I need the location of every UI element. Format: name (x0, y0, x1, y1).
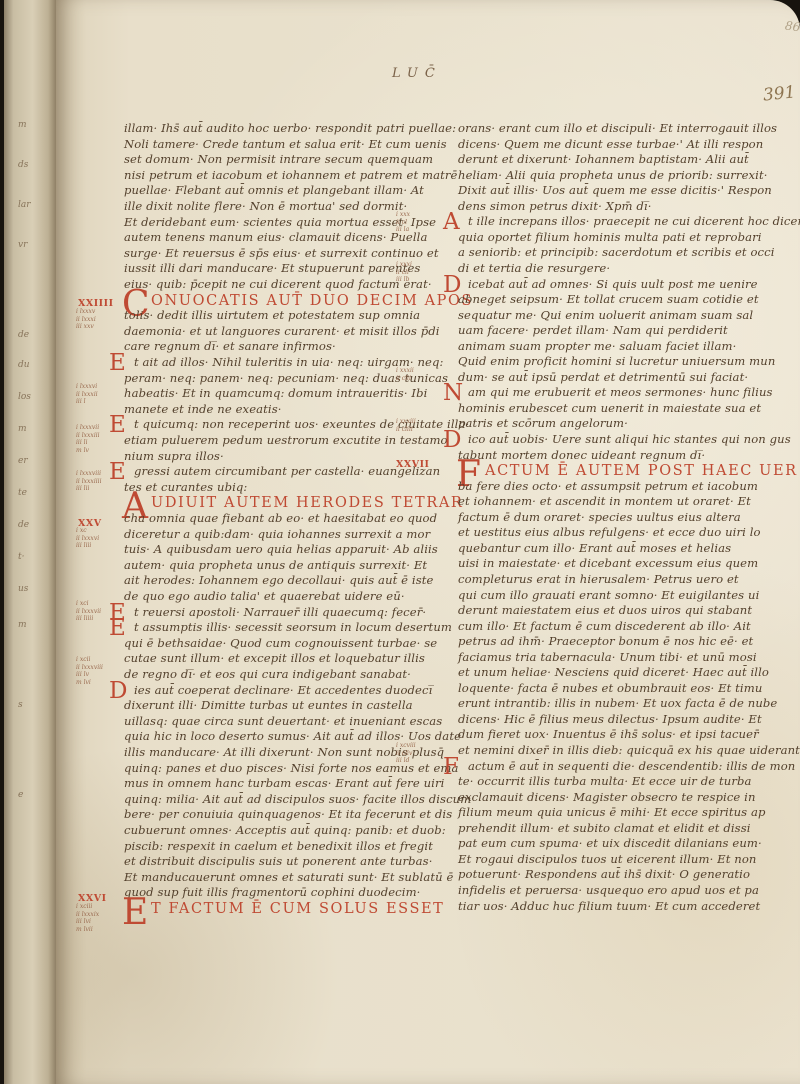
edge-text-fragment: vr (18, 240, 27, 250)
chapter-number: XXVII (396, 459, 430, 470)
rubric-line: ET FACTUM Ē CUM SOLUS ESSET (124, 901, 458, 916)
canon-gloss: i lxxxvi ii lxxxii iii l (76, 383, 122, 406)
canon-gloss: i xcii ii lxxxviii iii lv m lvi (76, 656, 122, 686)
edge-text-fragment: de (18, 520, 29, 530)
text-line: manete et inde ne exeatis· (124, 402, 458, 417)
facing-page-edge: mdslarvrdedulosmertedet·usmse (4, 0, 57, 1084)
manuscript-photo: mdslarvrdedulosmertedet·usmse LUC̄ 861 3… (0, 0, 800, 1084)
canon-gloss: i xci ii lxxxvii iii liiii (76, 600, 122, 623)
text-line: Et manducauerunt omnes et saturati sunt·… (124, 870, 458, 885)
text-line: et nemini dixer̄ in illis dieb: quicquā … (458, 743, 800, 758)
illuminated-initial: F (443, 756, 459, 779)
text-line: nisi petrum et iacobum et iohannem et pa… (124, 168, 458, 183)
text-line: infidelis et peruersa· usquequo ero apud… (458, 883, 800, 898)
text-line: dicens· Hic ē filius meus dilectus· Ipsu… (458, 712, 800, 727)
edge-text-fragment: m (18, 120, 27, 130)
canon-gloss: i xciii ii lxxxix iii lvi m lvii (76, 903, 122, 933)
text-line: daemonia· et ut languores curarent· et m… (124, 324, 458, 339)
text-line: ait herodes: Iohannem ego decollaui· qui… (124, 573, 458, 588)
text-line: et iohannem· et ascendit in montem ut or… (458, 494, 800, 509)
text-line: hominis erubescet cum uenerit in maiesta… (458, 401, 800, 416)
edge-text-fragment: ds (18, 160, 28, 170)
text-line: qui cum illo grauati erant somno· Et eui… (458, 588, 800, 603)
text-column-left: illam· Ihs̄ aut̄ audito hoc uerbo· respo… (124, 121, 458, 931)
text-line: Dico aut̄ uobis· Uere sunt aliqui hic st… (458, 432, 800, 447)
text-line: Et assumptis illis· secessit seorsum in … (124, 620, 458, 635)
text-line: de quo ego audio talia' et quaerebat uid… (124, 589, 458, 604)
text-line: a seniorib: et principib: sacerdotum et … (458, 245, 800, 260)
folio-number-ink: 391 (762, 82, 796, 105)
text-line: dicens· Quem me dicunt esse turbae·' At … (458, 137, 800, 152)
text-line: et distribuit discipulis suis ut poneren… (124, 854, 458, 869)
text-line: quia oportet filium hominis multa pati e… (458, 230, 800, 245)
text-line: factum ē dum oraret· species uultus eius… (458, 510, 800, 525)
text-line: potuerunt· Respondens aut̄ ihs̄ dixit· O… (458, 867, 800, 882)
text-line: heliam· Alii quia propheta unus de prior… (458, 168, 800, 183)
text-line: quod sup fuit illis fragmentorū cophini … (124, 885, 458, 900)
canon-gloss: i xxxii ii clii (396, 367, 442, 382)
text-line: At ille increpans illos· praecepit ne cu… (458, 214, 800, 229)
edge-text-fragment: s (18, 700, 23, 710)
text-line: illam· Ihs̄ aut̄ audito hoc uerbo· respo… (124, 121, 458, 136)
text-line: ba fere dies octo· et assumpsit petrum e… (458, 479, 800, 494)
edge-text-fragment: er (18, 456, 28, 466)
canon-gloss: i xc ii lxxxvi iii liii (76, 527, 122, 550)
text-line: derunt et dixerunt· Iohannem baptistam· … (458, 152, 800, 167)
text-column-right: orans· erant cum illo et discipuli· Et i… (458, 121, 800, 931)
text-line: bere· per conuiuia quinquagenos· Et ita … (124, 807, 458, 822)
text-line: qui ē bethsaidae· Quod cum cognouissent … (124, 636, 458, 651)
text-line: te· occurrit illis turba multa· Et ecce … (458, 774, 800, 789)
text-line: set domum· Non permisit intrare secum qu… (124, 152, 458, 167)
text-line: abneget seipsum· Et tollat crucem suam c… (458, 292, 800, 307)
canon-gloss: i lxxxvii ii lxxxiii iii li m lv (76, 424, 122, 454)
edge-text-fragment: de (18, 330, 29, 340)
text-line: Noli tamere· Crede tantum et salua erit·… (124, 137, 458, 152)
text-line: uillasq: quae circa sunt deuertant· et i… (124, 714, 458, 729)
text-line: prehendit illum· et subito clamat et eli… (458, 821, 800, 836)
text-line: habeatis· Et in quamcumq: domum intrauer… (124, 386, 458, 401)
text-line: Quid enim proficit homini si lucretur un… (458, 354, 800, 369)
text-line: pat eum cum spuma· et uix discedit dilan… (458, 836, 800, 851)
edge-text-fragment: du (18, 360, 30, 370)
text-line: tabunt mortem donec uideant regnum di̅· (458, 448, 800, 463)
canon-gloss: i xxx ii cl iii la (396, 211, 442, 234)
rubric-line: CONUOCATIS AUT̄ DUO DECIM APOS (124, 293, 458, 308)
text-line: Dixit aut̄ illis· Uos aut̄ quem me esse … (458, 183, 800, 198)
text-line: sequatur me· Qui enim uoluerit animam su… (458, 308, 800, 323)
text-line: filium meum quia unicus ē mihi· Et ecce … (458, 805, 800, 820)
edge-text-fragment: m (18, 424, 27, 434)
text-line: completurus erat in hierusalem· Petrus u… (458, 572, 800, 587)
text-line: cubuerunt omnes· Acceptis aut̄ quinq: pa… (124, 823, 458, 838)
edge-text-fragment: los (18, 392, 31, 402)
edge-text-fragment: lar (18, 200, 31, 210)
text-line: petrus ad ihm̄· Praeceptor bonum ē nos h… (458, 634, 800, 649)
text-line: Nam qui me erubuerit et meos sermones· h… (458, 385, 800, 400)
text-line: puellae· Flebant aut̄ omnis et plangeban… (124, 183, 458, 198)
text-line: cum illo· Et factum ē cum discederent ab… (458, 619, 800, 634)
text-line: autem· quia propheta unus de antiquis su… (124, 558, 458, 573)
text-line: quebantur cum illo· Erant aut̄ moses et … (458, 541, 800, 556)
text-line: Dicebat aut̄ ad omnes· Si quis uult post… (458, 277, 800, 292)
text-line: loquente· facta ē nubes et obumbrauit eo… (458, 681, 800, 696)
text-line: Factum ē aut̄ in sequenti die· descenden… (458, 759, 800, 774)
text-line: orans· erant cum illo et discipuli· Et i… (458, 121, 800, 136)
text-line: animam suam propter me· saluam faciet il… (458, 339, 800, 354)
text-line: dum fieret uox· Inuentus ē ihs̄ solus· e… (458, 727, 800, 742)
text-line: uam facere· perdet illam· Nam qui perdid… (458, 323, 800, 338)
text-line: etiam puluerem pedum uestrorum excutite … (124, 433, 458, 448)
text-line: cha omnia quae fiebant ab eo· et haesita… (124, 511, 458, 526)
edge-text-fragment: us (18, 584, 28, 594)
text-line: quinq: milia· Ait aut̄ ad discipulos suo… (124, 792, 458, 807)
illuminated-initial: E (122, 895, 150, 931)
edge-text-fragment: m (18, 620, 27, 630)
text-line: tuis· A quibusdam uero quia helias appar… (124, 542, 458, 557)
text-line: diceretur a quib:dam· quia iohannes surr… (124, 527, 458, 542)
text-line: faciamus tria tabernacula· Unum tibi· et… (458, 650, 800, 665)
text-line: de regno di̅· et eos qui cura indigebant… (124, 667, 458, 682)
text-line: di et tertia die resurgere· (458, 261, 800, 276)
text-line: et uestitus eius albus refulgens· et ecc… (458, 525, 800, 540)
text-line: cutae sunt illum· et excepit illos et lo… (124, 651, 458, 666)
running-title: LUC̄ (392, 66, 442, 81)
canon-gloss: i xcviii ii cliv iii ld (396, 742, 442, 765)
text-line: care regnum di̅· et sanare infirmos· (124, 339, 458, 354)
edge-text-fragment: te (18, 488, 27, 498)
parchment-page: LUC̄ 861 391 illam· Ihs̄ aut̄ audito hoc… (56, 0, 800, 1084)
rubric-line: FACTUM Ē AUTEM POST HAEC UER (458, 463, 800, 478)
text-line: erunt intrantib: illis in nubem· Et uox … (458, 696, 800, 711)
canon-gloss: i xxxiii ii cliii (396, 418, 442, 433)
edge-text-fragment: t· (18, 552, 24, 562)
rubric-line: AUDIUIT AUTEM HERODES TETRAR (124, 495, 458, 510)
text-line: mus in omnem hanc turbam escas· Erant au… (124, 776, 458, 791)
text-line: tolis· dedit illis uirtutem et potestate… (124, 308, 458, 323)
text-line: Dies aut̄ coeperat declinare· Et acceden… (124, 683, 458, 698)
text-line: Et rogaui discipulos tuos ut eicerent il… (458, 852, 800, 867)
canon-gloss: i lxxxviii ii lxxxiiii iii lii (76, 470, 122, 493)
canon-gloss: i lxxxv ii lxxxi iii xxv (76, 308, 122, 331)
text-line: derunt maiestatem eius et duos uiros qui… (458, 603, 800, 618)
text-line: piscib: respexit in caelum et benedixit … (124, 839, 458, 854)
text-line: uisi in maiestate· et dicebant excessum … (458, 556, 800, 571)
text-line: dens simon petrus dixit· Xpm̄ di̅· (458, 199, 800, 214)
text-line: Et reuersi apostoli· Narrauer̄ illi quae… (124, 605, 458, 620)
canon-gloss: i xxxi ii cli iii lb (396, 261, 442, 284)
text-line: surge· Et reuersus ē sp̄s eius· et surre… (124, 246, 458, 261)
text-line: exclamauit dicens· Magister obsecro te r… (458, 790, 800, 805)
text-line: patris et scōrum angelorum· (458, 416, 800, 431)
text-line: tiar uos· Adduc huc filium tuum· Et cum … (458, 899, 800, 914)
folio-number-pencil: 861 (784, 18, 800, 35)
text-line: dum· se aut̄ ipsū perdat et detrimentū s… (458, 370, 800, 385)
edge-text-fragment: e (18, 790, 23, 800)
text-line: tes et curantes ubiq: (124, 480, 458, 495)
text-line: et unum heliae· Nesciens quid diceret· H… (458, 665, 800, 680)
text-line: dixerunt illi· Dimitte turbas ut euntes … (124, 698, 458, 713)
